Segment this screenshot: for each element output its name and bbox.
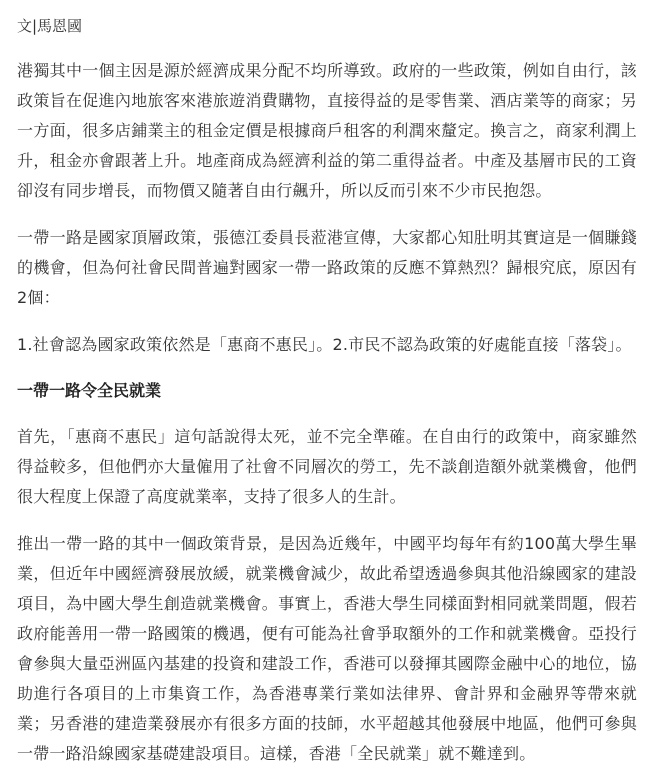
paragraph-belt-and-road-reaction: 一帶一路是國家頂層政策，張德江委員長蒞港宣傳，大家都心知肚明其實這是一個賺錢的機…: [17, 223, 637, 313]
paragraph-employment-rate: 首先，「惠商不惠民」這句話說得太死，並不完全準確。在自由行的政策中，商家雖然得益…: [17, 422, 637, 512]
article-body: 文|馬恩國 港獨其中一個主因是源於經濟成果分配不均所導致。政府的一些政策，例如自…: [0, 0, 657, 769]
paragraph-two-reasons: 1.社會認為國家政策依然是「惠商不惠民」。2.市民不認為政策的好處能直接「落袋」…: [17, 330, 637, 360]
section-heading: 一帶一路令全民就業: [17, 377, 637, 405]
paragraph-policy-background: 推出一帶一路的其中一個政策背景，是因為近幾年，中國平均每年有約100萬大學生畢業…: [17, 529, 637, 769]
paragraph-economic-distribution: 港獨其中一個主因是源於經濟成果分配不均所導致。政府的一些政策，例如自由行，該政策…: [17, 56, 637, 206]
author-byline: 文|馬恩國: [17, 12, 637, 40]
